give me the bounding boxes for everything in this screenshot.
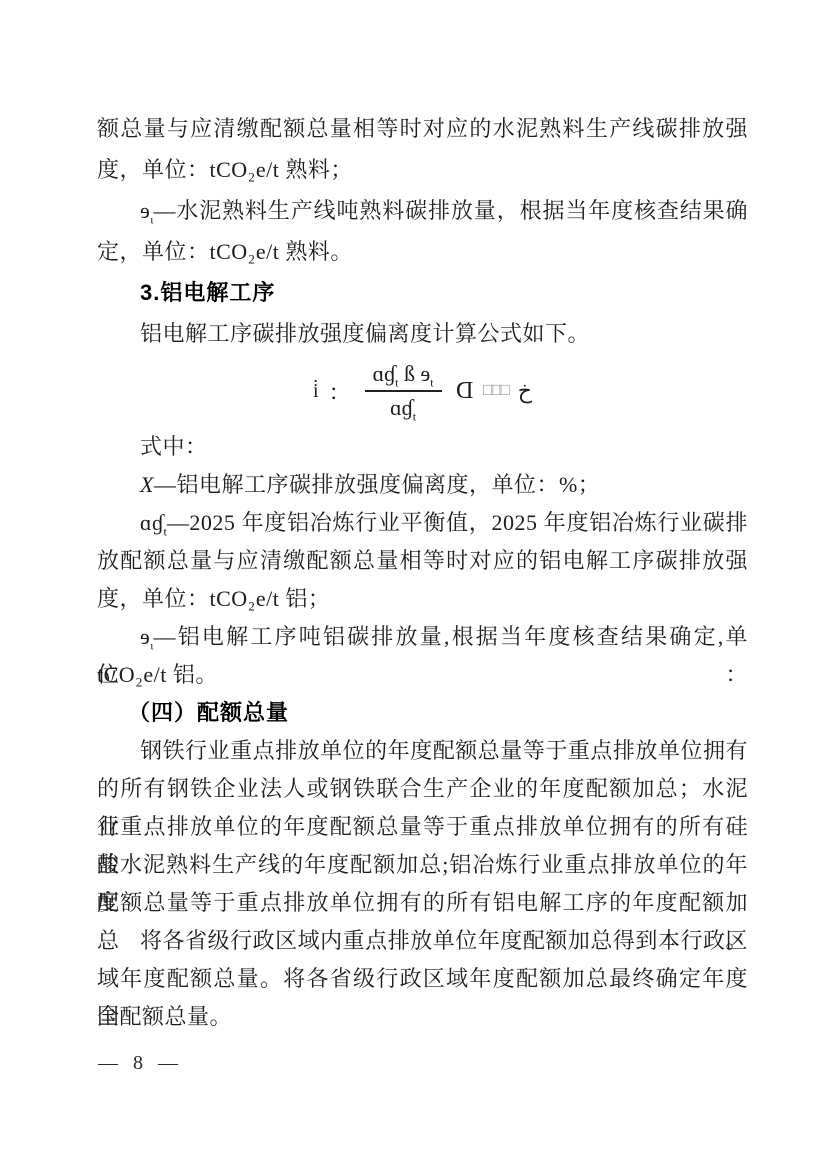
term-symbol: X [140,472,154,497]
formula-lhs: i̇ [313,380,319,403]
formula-fraction: ɑɠt ß ɘt ɑɠt [365,361,442,421]
numerator-coef-subscript: t [395,375,398,389]
body-line: 度，单位：tCO₂e/t 熟料； [97,149,748,190]
body-line: 国配额总量。 [97,998,748,1036]
term-symbol: ɘ [140,624,150,649]
body-line: 定，单位：tCO₂e/t 熟料。 [97,231,748,272]
term-definition-cement-emission: ɘι—水泥熟料生产线吨熟料碳排放量，根据当年度核查结果确 [97,190,748,231]
body-line: 额总量与应清缴配额总量相等时对应的水泥熟料生产线碳排放强 [97,108,748,149]
numerator-emission: ɘ [420,361,430,386]
numerator-emission-subscript: t [430,375,433,389]
body-line: 业重点排放单位的年度配额总量等于重点排放单位拥有的所有硅酸 [97,808,748,846]
denominator-coef-subscript: t [413,409,416,423]
term-symbol: ɘ [140,198,150,223]
term-text: —铝电解工序碳排放强度偏离度，单位：%； [154,472,600,497]
body-line: 度，单位：tCO₂e/t 铝； [97,580,748,618]
term-definition-aluminum-emission: ɘι—铝电解工序吨铝碳排放量,根据当年度核查结果确定,单位： [97,618,748,656]
formula-numerator: ɑɠt ß ɘt [365,361,442,392]
body-line: 将各省级行政区域内重点排放单位年度配额加总得到本行政区 [97,922,748,960]
formula-denominator: ɑɠt [390,392,416,421]
page-number: — 8 — [98,1052,183,1075]
term-definition-benchmark: ɑɠt—2025 年度铝冶炼行业平衡值，2025 年度铝冶炼行业碳排 [97,504,748,542]
term-text: —2025 年度铝冶炼行业平衡值，2025 年度铝冶炼行业碳排 [167,510,748,535]
formula-deviation-degree: i̇ ： ɑɠt ß ɘt ɑɠt D □□□ خ [97,354,748,428]
body-line: 盐水泥熟料生产线的年度配额加总;铝冶炼行业重点排放单位的年度 [97,846,748,884]
denominator-coef: ɑɠ [390,395,413,420]
document-body: 额总量与应清缴配额总量相等时对应的水泥熟料生产线碳排放强 度，单位：tCO₂e/… [97,108,748,1036]
body-line: 铝电解工序碳排放强度偏离度计算公式如下。 [97,313,748,354]
formula-colon: ： [329,376,351,407]
document-page: 额总量与应清缴配额总量相等时对应的水泥熟料生产线碳排放强 度，单位：tCO₂e/… [0,0,826,1169]
body-line: 配额总量等于重点排放单位拥有的所有铝电解工序的年度配额加总。 [97,884,748,922]
body-line: 钢铁行业重点排放单位的年度配额总量等于重点排放单位拥有 [97,732,748,770]
term-symbol: ɑɠ [140,510,164,535]
section-heading-aluminum-process: 3.铝电解工序 [97,272,748,313]
formula-missing-glyph-boxes: □□□ [483,380,508,400]
formula-operator-mirrored-d: D [456,378,473,405]
term-definition-x: X—铝电解工序碳排放强度偏离度，单位：%； [97,466,748,504]
numerator-beta: ß [404,361,415,386]
term-text: —水泥熟料生产线吨熟料碳排放量，根据当年度核查结果确 [154,198,749,223]
body-line: 放配额总量与应清缴配额总量相等时对应的铝电解工序碳排放强 [97,542,748,580]
numerator-coef: ɑɠ [373,361,396,386]
body-line: 的所有钢铁企业法人或钢铁联合生产企业的年度配额加总；水泥行 [97,770,748,808]
body-line: 域年度配额总量。将各省级行政区域年度配额加总最终确定年度全 [97,960,748,998]
where-label: 式中： [97,428,748,466]
section-heading-total-quota: （四）配额总量 [97,694,748,732]
formula-tail-glyph: خ [518,378,532,404]
